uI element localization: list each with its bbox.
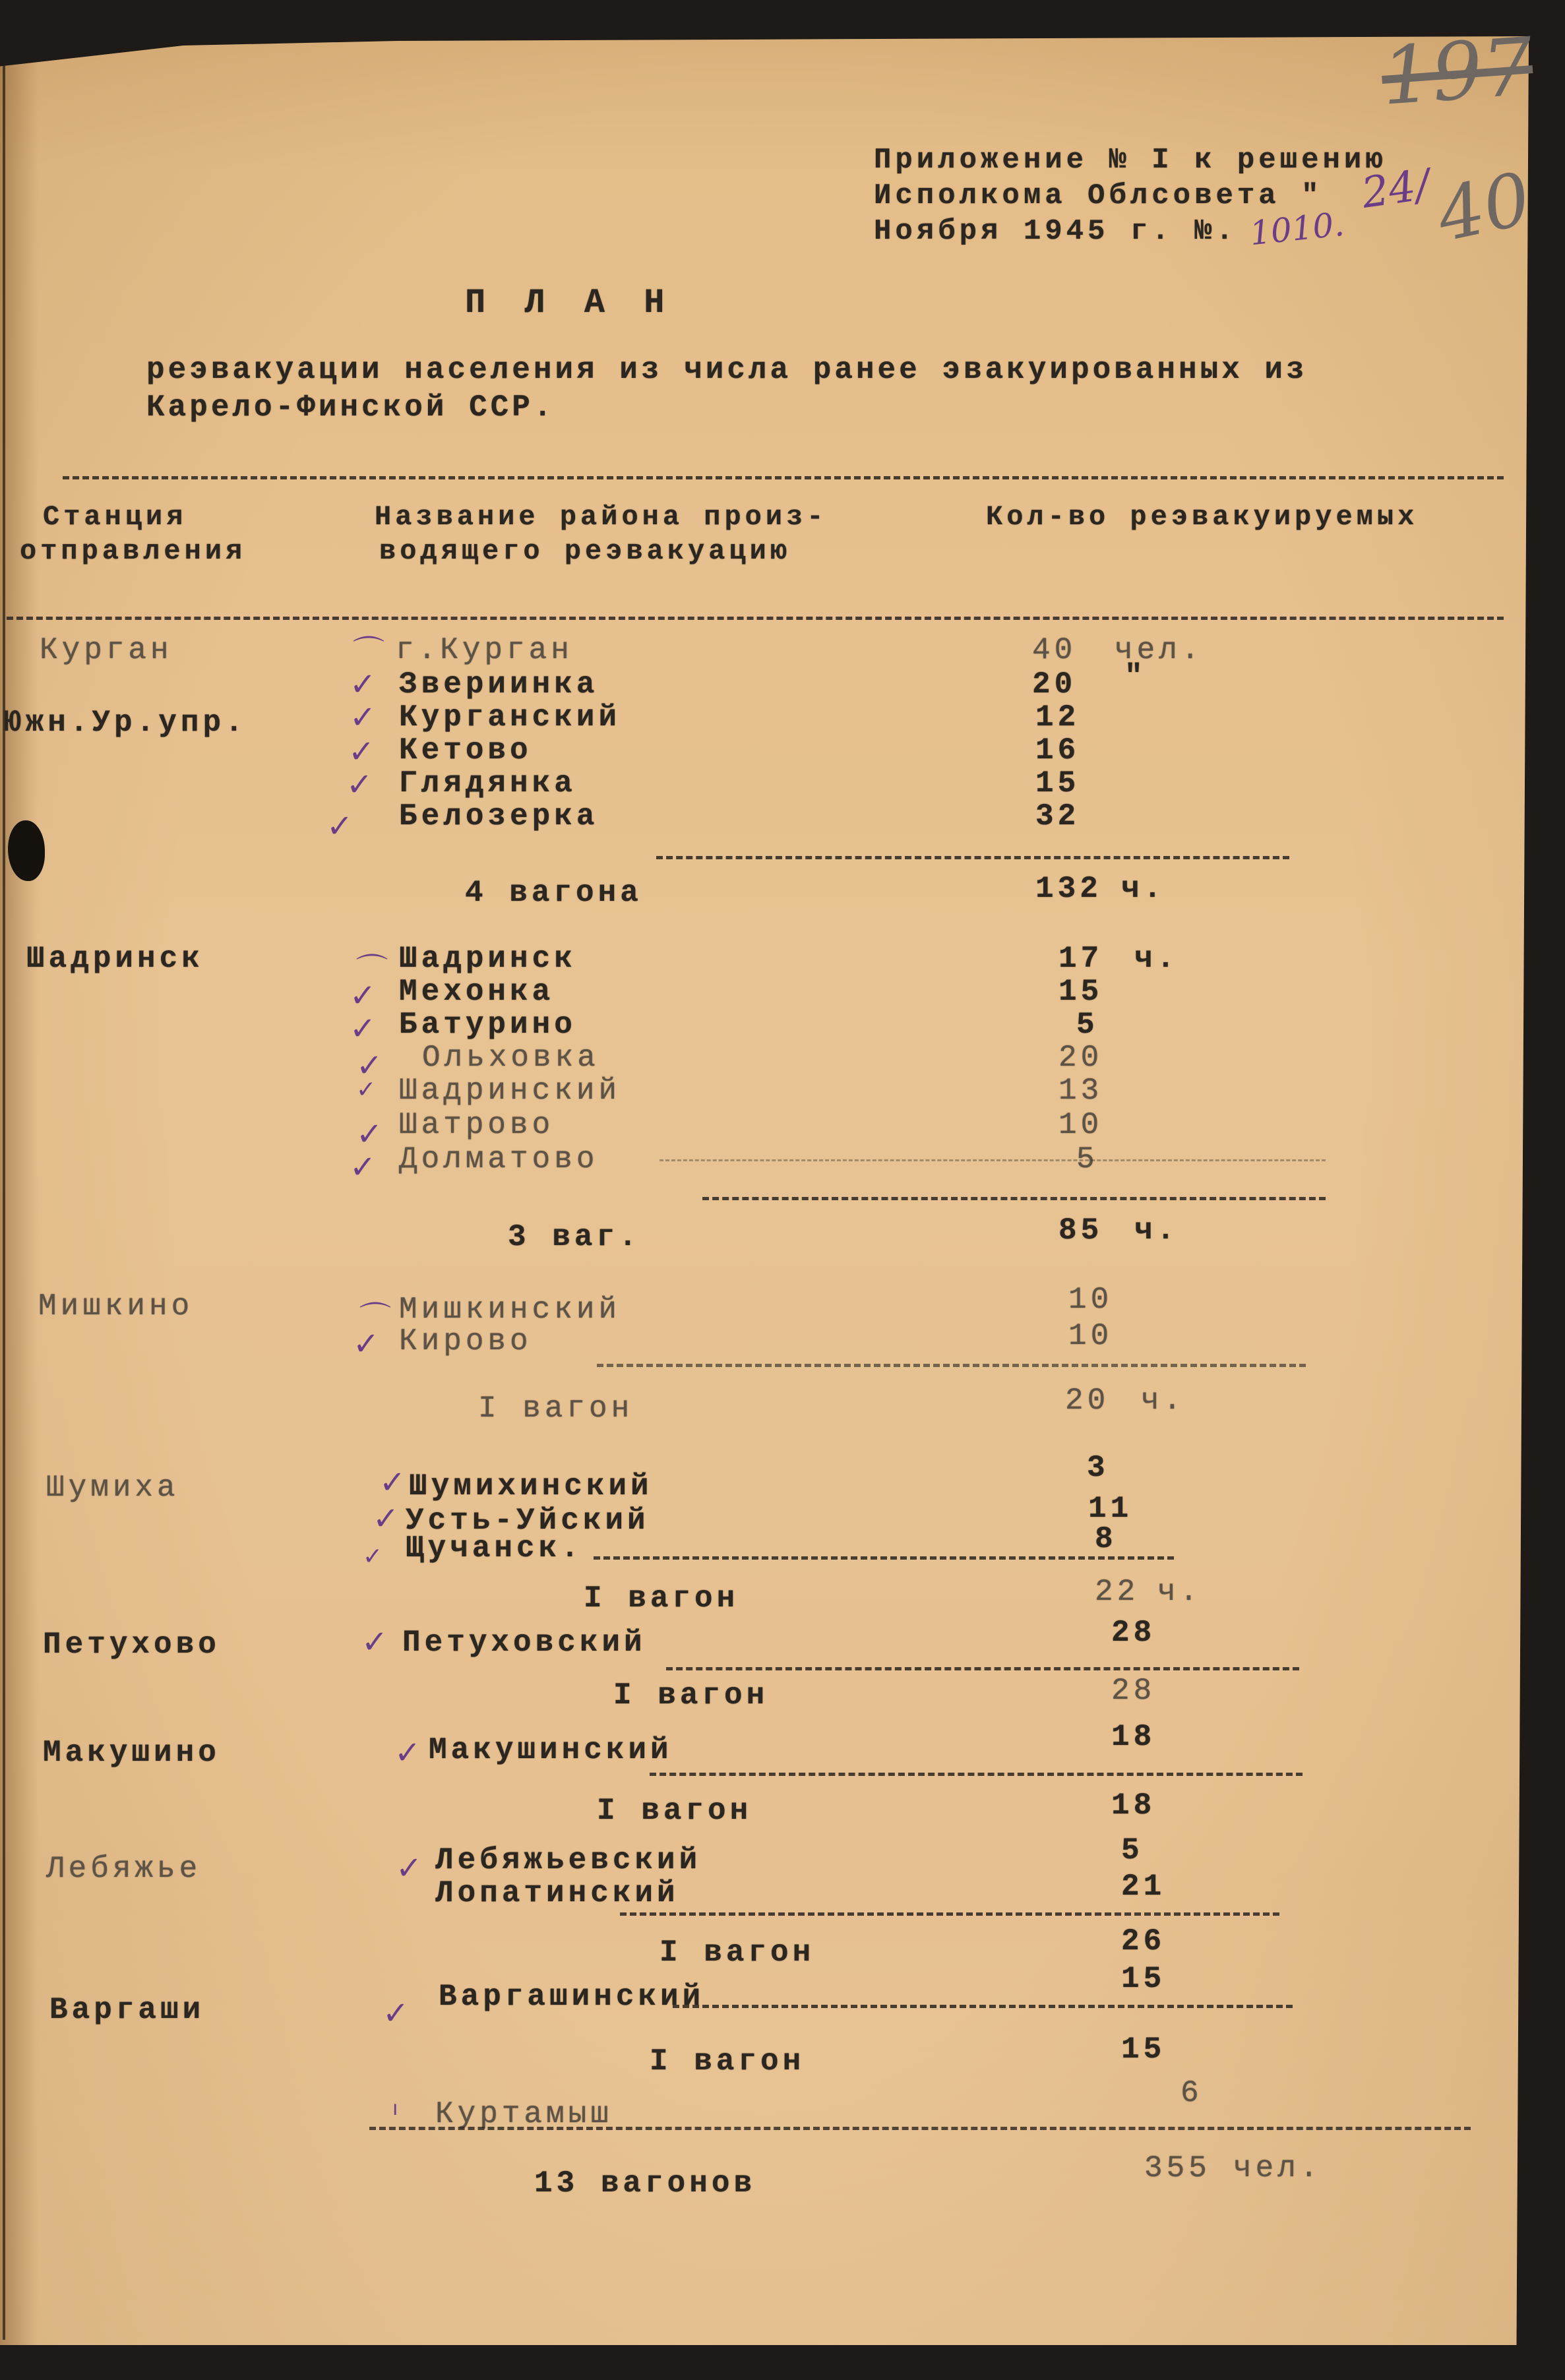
subtotal-count: 28 xyxy=(1111,1674,1155,1708)
count-kurtamysh: 6 xyxy=(1181,2076,1203,2110)
subtotal-count: 18 xyxy=(1111,1788,1155,1823)
district: Кирово xyxy=(399,1324,532,1358)
subtotal-unit: ч. xyxy=(1157,1575,1202,1609)
count: 11 xyxy=(1088,1492,1132,1526)
count: 21 xyxy=(1121,1870,1165,1904)
station-note: Южн.Ур.упр. xyxy=(3,706,247,740)
subtotal-count: 20 xyxy=(1065,1384,1109,1418)
district: Макушинский xyxy=(429,1733,673,1767)
unit: ч. xyxy=(1134,942,1179,976)
check-icon: ✓ xyxy=(350,977,376,1014)
count: 15 xyxy=(1059,975,1103,1009)
check-icon: ✓ xyxy=(373,1500,399,1537)
check-icon: ✓ xyxy=(346,766,373,803)
check-icon: ⌒ xyxy=(353,626,384,672)
col-header-count: Кол-во реэвакуируемых xyxy=(986,501,1418,533)
count: 8 xyxy=(1095,1522,1117,1556)
punch-hole xyxy=(8,820,45,881)
district: Лебяжьевский xyxy=(435,1843,701,1877)
station-shadrinsk: Шадринск xyxy=(26,942,204,976)
district: Долматово xyxy=(399,1142,598,1176)
district: Петуховский xyxy=(402,1626,646,1660)
subtotal-count: 26 xyxy=(1121,1924,1165,1959)
header-line-2: Исполкома Облсовета " xyxy=(874,179,1323,212)
check-icon: ✓ xyxy=(350,699,376,736)
count: 3 xyxy=(1087,1451,1109,1485)
district: Мишкинский xyxy=(399,1293,621,1327)
count: 10 xyxy=(1068,1283,1113,1317)
count: 20 xyxy=(1059,1041,1103,1075)
subtotal-label: I вагон xyxy=(584,1581,739,1616)
subtotal-unit: ч. xyxy=(1141,1384,1185,1418)
table-header-rule xyxy=(7,617,1504,620)
subtotal-count: 15 xyxy=(1121,2032,1165,2067)
station-vargashi: Варгаши xyxy=(49,1993,204,2027)
check-icon: ✓ xyxy=(394,1734,421,1771)
district: Батурино xyxy=(399,1008,576,1042)
station-makushino: Макушино xyxy=(43,1736,220,1770)
subtotal-rule xyxy=(656,856,1289,859)
check-icon: ✓ xyxy=(361,1624,388,1661)
subtotal-rule xyxy=(597,1364,1306,1367)
district: Шумихинский xyxy=(409,1469,653,1504)
subtotal-label: 4 вагона xyxy=(465,876,642,910)
station-petukhovo: Петухово xyxy=(43,1628,220,1662)
check-icon: ✓ xyxy=(326,808,353,845)
check-icon: ✓ xyxy=(383,1995,409,2032)
count: 15 xyxy=(1121,1962,1165,1996)
district: Мехонка xyxy=(399,975,554,1009)
check-icon: ✓ xyxy=(379,1464,406,1501)
subtotal-count: 132 xyxy=(1035,872,1102,906)
subtotal-label: I вагон xyxy=(478,1391,633,1426)
unit: " xyxy=(1124,659,1147,694)
grand-total-label: 13 вагонов xyxy=(534,2166,756,2201)
check-icon: ✓ xyxy=(363,1543,383,1570)
pencil-crossed-number: 197 xyxy=(1378,21,1535,123)
district: Щучанск. xyxy=(406,1531,583,1566)
check-icon: ✓ xyxy=(348,733,375,770)
check-icon: ✓ xyxy=(356,1076,376,1103)
count: 20 xyxy=(1032,667,1076,702)
count: 16 xyxy=(1035,733,1080,768)
district: Белозерка xyxy=(399,799,598,834)
count: 32 xyxy=(1035,799,1080,834)
count: 13 xyxy=(1059,1074,1103,1108)
district: Варгашинский xyxy=(439,1980,704,2014)
district: Ольховка xyxy=(422,1041,599,1075)
subtotal-rule xyxy=(673,2005,1293,2008)
district: г.Курган xyxy=(396,633,573,667)
subtotal-count: 85 xyxy=(1059,1213,1103,1248)
check-icon: ✓ xyxy=(353,1326,379,1362)
subtotal-rule xyxy=(620,1912,1279,1916)
district: Шадринск xyxy=(399,942,576,976)
check-icon: ✓ xyxy=(350,1010,376,1047)
count: 12 xyxy=(1035,700,1080,735)
subtotal-label: I вагон xyxy=(650,2044,805,2079)
district: Шатрово xyxy=(399,1108,554,1142)
station-shumikha: Шумиха xyxy=(46,1471,179,1505)
count: 5 xyxy=(1121,1833,1144,1868)
district: Кетово xyxy=(399,733,532,768)
subtotal-label: I вагон xyxy=(613,1678,768,1713)
check-icon: ı xyxy=(392,2097,398,2120)
subtotal-rule xyxy=(702,1197,1326,1200)
subtotal-unit: ч. xyxy=(1134,1213,1179,1248)
count: 17 xyxy=(1059,942,1103,976)
subtotal-rule xyxy=(666,1667,1299,1670)
district: Шадринский xyxy=(399,1074,621,1108)
table-top-rule xyxy=(63,476,1504,479)
count: 40 xyxy=(1032,633,1076,667)
count: 5 xyxy=(1076,1008,1099,1042)
grand-total-count: 355 xyxy=(1144,2151,1211,2185)
subtotal-rule xyxy=(594,1556,1174,1560)
district: Курганский xyxy=(399,700,621,735)
check-icon: ✓ xyxy=(350,666,376,703)
district: Звериинка xyxy=(399,667,598,702)
grand-total-rule xyxy=(369,2127,1471,2130)
binding-edge xyxy=(3,58,5,2340)
header-line-1: Приложение № I к решению xyxy=(874,144,1387,177)
subtotal-count: 22 xyxy=(1095,1575,1139,1609)
page-title: П Л А Н xyxy=(465,284,673,322)
district: Лопатинский xyxy=(435,1876,679,1910)
grand-total-unit: чел. xyxy=(1233,2151,1322,2185)
station-lebyazhye: Лебяжье xyxy=(46,1852,201,1886)
subtotal-label: 3 ваг. xyxy=(508,1220,641,1254)
count: 28 xyxy=(1111,1616,1155,1650)
binding-shadow xyxy=(0,32,38,2345)
check-icon: ✓ xyxy=(356,1116,383,1153)
count: 10 xyxy=(1059,1108,1103,1142)
station-kurgan: Курган xyxy=(40,633,173,667)
station-mishkino: Мишкино xyxy=(38,1289,193,1324)
subtotal-label: I вагон xyxy=(597,1794,752,1828)
count: 15 xyxy=(1035,766,1080,801)
subtotal-label: I вагон xyxy=(660,1936,814,1970)
subtotal-rule xyxy=(650,1773,1303,1776)
col-header-district-2: водящего реэвакуацию xyxy=(379,535,791,567)
col-header-district-1: Название района произ- xyxy=(375,501,828,533)
col-header-station-2: отправления xyxy=(20,535,246,567)
col-header-station-1: Станция xyxy=(43,501,187,533)
subtitle-line-1: реэвакуации населения из числа ранее эва… xyxy=(146,353,1308,387)
handwritten-date: 24/ xyxy=(1359,160,1432,218)
faint-rule xyxy=(660,1159,1326,1161)
district: Глядянка xyxy=(399,766,576,801)
check-icon: ✓ xyxy=(350,1149,376,1186)
check-icon: ✓ xyxy=(396,1850,422,1887)
count: 18 xyxy=(1111,1720,1155,1754)
subtotal-unit: ч. xyxy=(1121,872,1165,906)
count: 10 xyxy=(1068,1319,1113,1353)
subtitle-line-2: Карело-Финской ССР. xyxy=(146,390,555,425)
header-line-3: Ноября 1945 г. №. xyxy=(874,215,1237,248)
